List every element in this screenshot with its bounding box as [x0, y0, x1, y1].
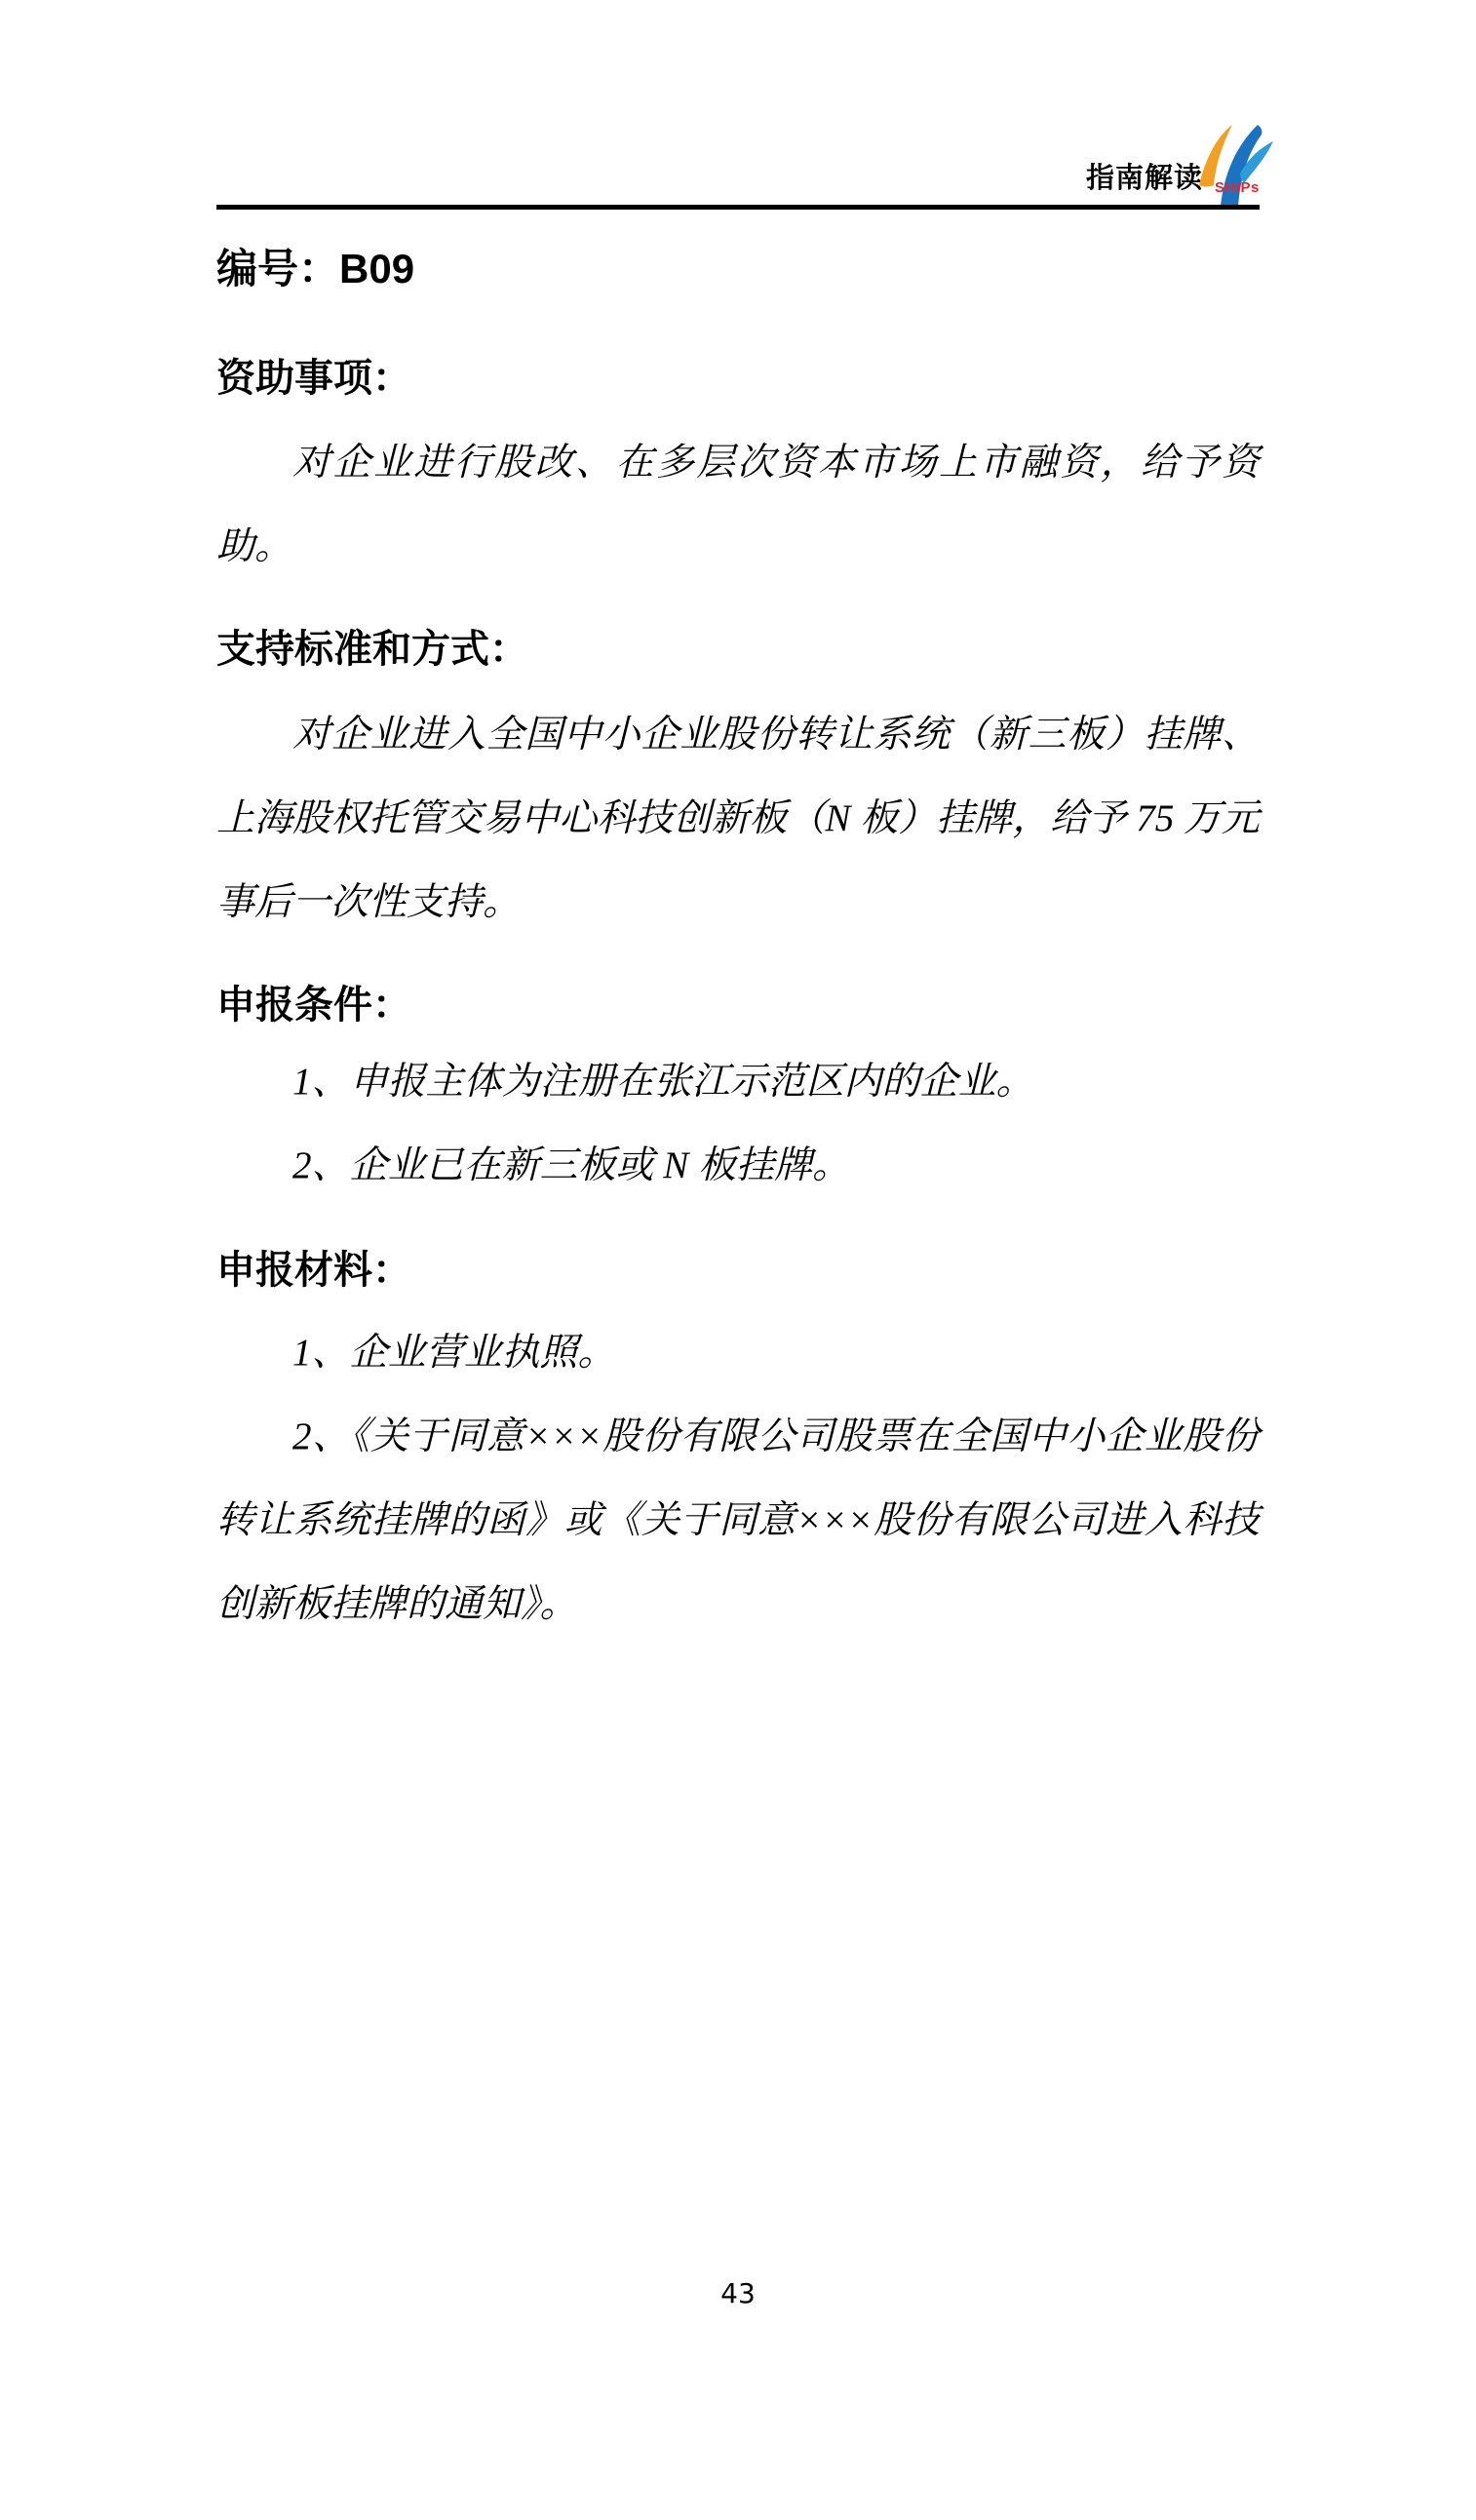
header-brand-title: 指南解读: [1086, 164, 1203, 193]
ships-logo: SHIPs: [1197, 123, 1275, 211]
application-materials-list: 1、企业营业执照。 2、《关于同意×××股份有限公司股票在全国中小企业股份转让系…: [216, 1311, 1260, 1647]
section-heading-funding-matter: 资助事项：: [216, 349, 1260, 407]
support-standard-paragraph: 对企业进入全国中小企业股份转让系统（新三板）挂牌、上海股权托管交易中心科技创新板…: [216, 693, 1260, 945]
ships-swoosh-icon: [1197, 123, 1275, 211]
section-funding-matter: 资助事项： 对企业进行股改、在多层次资本市场上市融资，给予资助。: [216, 349, 1260, 589]
material-item-2: 2、《关于同意×××股份有限公司股票在全国中小企业股份转让系统挂牌的函》或《关于…: [216, 1395, 1260, 1647]
section-support-standard: 支持标准和方式： 对企业进入全国中小企业股份转让系统（新三板）挂牌、上海股权托管…: [216, 620, 1260, 945]
section-heading-application-conditions: 申报条件：: [216, 976, 1260, 1034]
condition-item-1: 1、申报主体为注册在张江示范区内的企业。: [216, 1040, 1260, 1124]
section-application-materials: 申报材料： 1、企业营业执照。 2、《关于同意×××股份有限公司股票在全国中小企…: [216, 1241, 1260, 1647]
section-application-conditions: 申报条件： 1、申报主体为注册在张江示范区内的企业。 2、企业已在新三板或 N …: [216, 976, 1260, 1208]
section-heading-application-materials: 申报材料：: [216, 1241, 1260, 1299]
logo-ships-text: SHIPs: [1215, 179, 1260, 196]
document-page: 指南解读 SHIPs 编号：B09 资助事项： 对企业进行股改、在多层次资本市场…: [0, 0, 1476, 2520]
condition-item-2: 2、企业已在新三板或 N 板挂牌。: [216, 1124, 1260, 1208]
funding-matter-paragraph: 对企业进行股改、在多层次资本市场上市融资，给予资助。: [216, 421, 1260, 589]
document-content: 编号：B09 资助事项： 对企业进行股改、在多层次资本市场上市融资，给予资助。 …: [216, 211, 1260, 1647]
doc-number-heading: 编号：B09: [216, 240, 1260, 298]
section-heading-support-standard: 支持标准和方式：: [216, 620, 1260, 678]
application-conditions-list: 1、申报主体为注册在张江示范区内的企业。 2、企业已在新三板或 N 板挂牌。: [216, 1040, 1260, 1208]
header-rule: [216, 205, 1260, 210]
page-number: 43: [0, 2277, 1476, 2309]
material-item-1: 1、企业营业执照。: [216, 1311, 1260, 1395]
